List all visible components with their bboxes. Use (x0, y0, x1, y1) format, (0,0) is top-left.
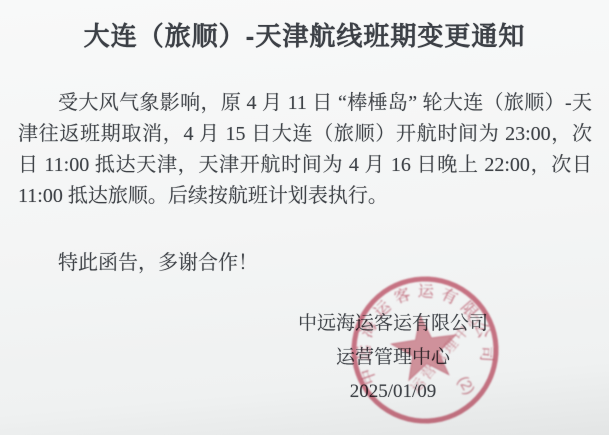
stamp-number-text: (2) (454, 373, 478, 397)
notice-body-paragraph: 受大风气象影响，原 4 月 11 日 “棒棰岛” 轮大连（旅顺）-天津往返班期取… (18, 88, 592, 212)
company-seal-stamp-icon: 中远海运客运有限公司 运营管理中心 (2) (335, 260, 515, 435)
notice-title: 大连（旅顺）-天津航线班期变更通知 (0, 16, 609, 53)
scanned-notice-document: 大连（旅顺）-天津航线班期变更通知 受大风气象影响，原 4 月 11 日 “棒棰… (0, 0, 609, 435)
notice-closing-line: 特此函告，多谢合作！ (18, 246, 258, 275)
